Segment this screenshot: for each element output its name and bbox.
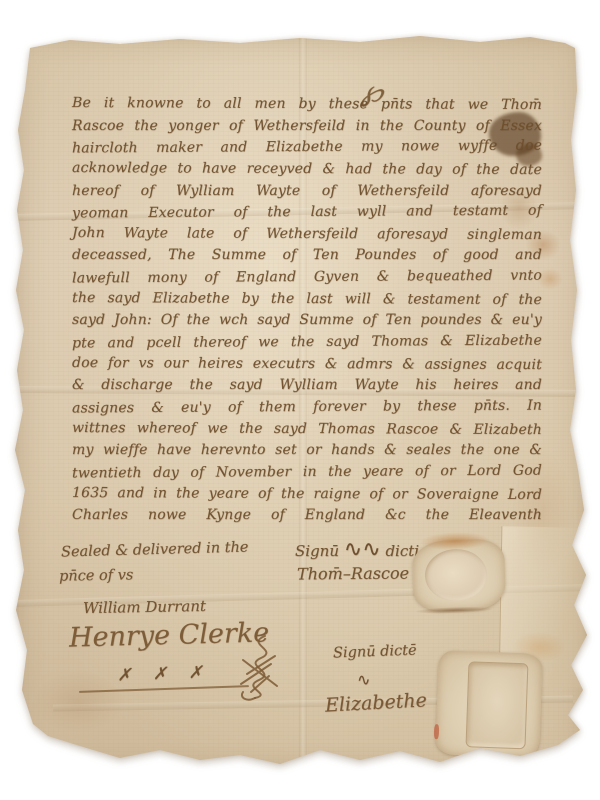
- manuscript-line: sayd John: Of the wch sayd Summe of Ten …: [72, 310, 542, 332]
- clerke-marks-underline: [79, 685, 249, 693]
- manuscript-line: assignes & eu'y of them forever by these…: [72, 396, 542, 421]
- manuscript-line: the sayd Elizabethe by the last will & t…: [72, 288, 542, 312]
- manuscript-line: twentieth day of November in the yeare o…: [72, 460, 542, 485]
- stain: [33, 672, 123, 732]
- clerke-knot-mark: [225, 632, 287, 702]
- manuscript-line: doe for vs our heires executrs & admrs &…: [72, 353, 542, 377]
- manuscript-line: & discharge the sayd Wylliam Wayte his h…: [72, 375, 542, 397]
- manuscript-line: acknowledge to have receyved & had the d…: [72, 158, 542, 182]
- thomas-rascoe-name: Thom̄–Rascoe: [297, 564, 409, 584]
- elizabeth-mark: ∿: [357, 670, 370, 689]
- manuscript-line: yeoman Executor of the last wyll and tes…: [72, 201, 542, 226]
- manuscript-text-block: Be it knowne to all men by these pn̄ts t…: [72, 94, 542, 527]
- seal-impression: [465, 661, 528, 749]
- manuscript-line: Be it knowne to all men by these pn̄ts t…: [72, 93, 542, 117]
- signum-elizabeth-line: Signū dictē: [333, 643, 417, 662]
- red-wax-fleck: [434, 724, 440, 739]
- seal-impression: [424, 548, 488, 602]
- manuscript-paper-wrap: ℘ Be it knowne to all men by these pn̄ts…: [0, 0, 600, 800]
- signum-thomas-line: Signū ∿∿ dicti: [295, 537, 419, 562]
- manuscript-line: wittnes whereof we the sayd Thomas Rasco…: [72, 418, 542, 442]
- signum-word: Signū: [295, 542, 339, 560]
- elizabeth-name: Elizabethe: [324, 689, 427, 716]
- photograph-background: ℘ Be it knowne to all men by these pn̄ts…: [0, 0, 600, 800]
- clerke-cross-marks: ✗ ✗ ✗: [117, 662, 211, 685]
- thomas-mark: ∿∿: [344, 537, 381, 562]
- sealed-delivered-line2: pn̄ce of vs: [59, 567, 134, 584]
- manuscript-line: haircloth maker and Elizabethe my nowe w…: [72, 136, 542, 161]
- manuscript-line: 1635 and in the yeare of the raigne of o…: [72, 483, 542, 507]
- manuscript-paper: ℘ Be it knowne to all men by these pn̄ts…: [13, 32, 587, 776]
- manuscript-line: lawefull mony of England Gyven & bequeat…: [72, 266, 542, 291]
- manuscript-line: Charles nowe Kynge of England &c the Ele…: [72, 505, 542, 527]
- manuscript-line: John Wayte late of Wethersfeild aforesay…: [72, 223, 542, 247]
- witness-william-durrant: William Durrant: [83, 597, 206, 617]
- wax-seal-elizabeth: [435, 650, 543, 758]
- manuscript-line: deceassed, The Summe of Ten Poundes of g…: [72, 245, 542, 267]
- manuscript-line: my wieffe have herevnto set or hands & s…: [72, 440, 542, 462]
- manuscript-line: pte and pcell thereof we the sayd Thomas…: [72, 331, 542, 356]
- sealed-delivered-line1: Sealed & delivered in the: [61, 540, 249, 561]
- manuscript-line: hereof of Wylliam Wayte of Wethersfeild …: [72, 181, 542, 203]
- wax-seal-thomas: [412, 538, 506, 611]
- manuscript-line: Rascoe the yonger of Wethersfeild in the…: [72, 116, 542, 138]
